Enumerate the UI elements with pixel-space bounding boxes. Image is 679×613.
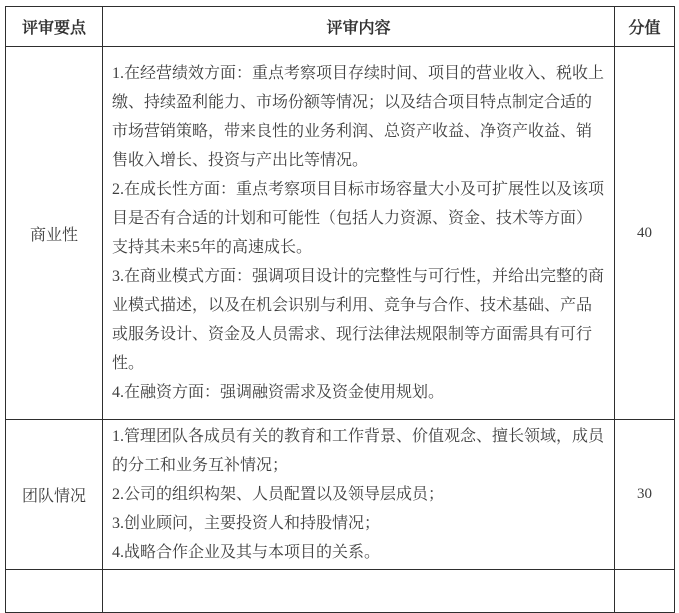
table-header-row: 评审要点 评审内容 分值: [6, 7, 675, 47]
content-item: 3.创业顾问，主要投资人和持股情况；: [112, 509, 606, 538]
header-review-point: 评审要点: [6, 7, 103, 47]
review-content-team: 1.管理团队各成员有关的教育和工作背景、价值观念、擅长领域，成员的分工和业务互补…: [103, 420, 615, 552]
content-item: 2.在成长性方面：重点考察项目目标市场容量大小及可扩展性以及该项目是否有合适的计…: [112, 175, 606, 262]
score-commercial: 40: [615, 47, 675, 420]
review-point-commercial: 商业性: [6, 47, 103, 420]
review-content-commercial: 1.在经营绩效方面：重点考察项目存续时间、项目的营业收入、税收上缴、持续盈利能力…: [103, 47, 615, 420]
content-item: 1.在经营绩效方面：重点考察项目存续时间、项目的营业收入、税收上缴、持续盈利能力…: [112, 59, 606, 175]
table-row-commercial: 商业性 1.在经营绩效方面：重点考察项目存续时间、项目的营业收入、税收上缴、持续…: [6, 47, 675, 420]
content-item: 2.公司的组织构架、人员配置以及领导层成员；: [112, 480, 606, 509]
score-team: 30: [615, 420, 675, 552]
review-point-team: 团队情况: [6, 420, 103, 552]
content-item: 4.在融资方面：强调融资需求及资金使用规划。: [112, 378, 606, 407]
review-criteria-table: 评审要点 评审内容 分值 商业性 1.在经营绩效方面：重点考察项目存续时间、项目…: [5, 6, 675, 551]
header-score: 分值: [615, 7, 675, 47]
header-review-content: 评审内容: [103, 7, 615, 47]
content-item: 4.战略合作企业及其与本项目的关系。: [112, 538, 606, 551]
content-item: 3.在商业模式方面：强调项目设计的完整性与可行性，并给出完整的商业模式描述，以及…: [112, 262, 606, 378]
content-item: 1.管理团队各成员有关的教育和工作背景、价值观念、擅长领域，成员的分工和业务互补…: [112, 422, 606, 480]
table-row-team: 团队情况 1.管理团队各成员有关的教育和工作背景、价值观念、擅长领域，成员的分工…: [6, 420, 675, 552]
